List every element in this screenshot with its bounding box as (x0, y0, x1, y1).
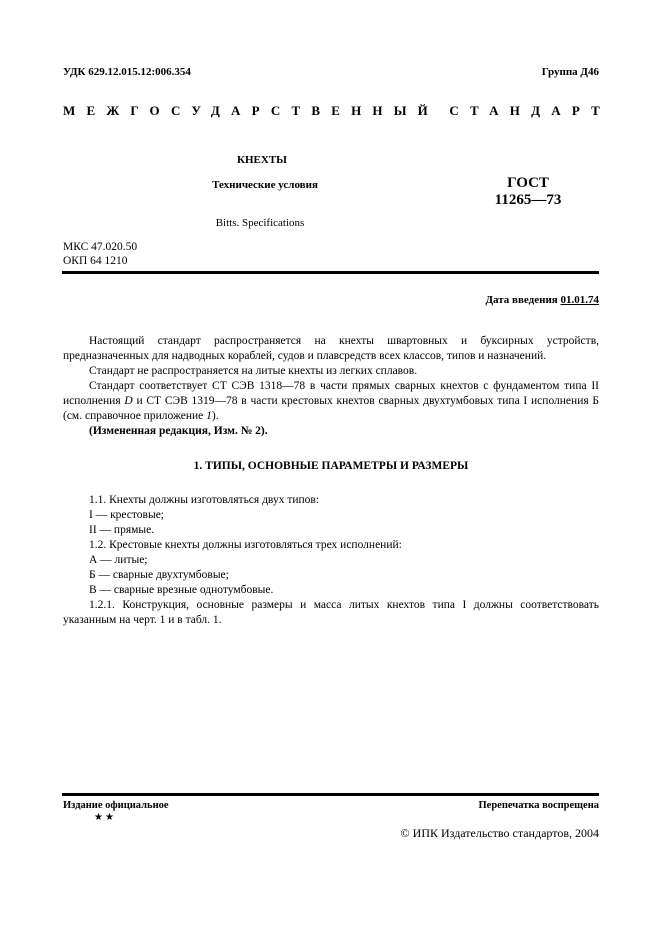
bottom-divider (62, 793, 599, 796)
clause-line: 1.2. Крестовые кнехты должны изготовлять… (63, 538, 599, 553)
clause-line: А — литые; (63, 553, 599, 568)
date-value: 01.01.74 (561, 294, 600, 306)
top-divider (62, 271, 599, 274)
gost-number: 11265—73 (478, 192, 578, 209)
document-title: КНЕХТЫ (222, 154, 302, 166)
reprint-prohibited: Перепечатка воспрещена (479, 800, 599, 811)
standard-heading: СТАНДАРТ (449, 103, 611, 119)
amendment-note: (Измененная редакция, Изм. № 2). (63, 424, 599, 439)
star-icon: ★★ (94, 812, 116, 823)
document-body: Настоящий стандарт распространяется на к… (63, 334, 599, 628)
group-code: Группа Д46 (542, 66, 599, 78)
compliance-text-b: и СТ СЭВ 1319—78 в части крестовых кнехт… (63, 395, 599, 422)
gost-label: ГОСТ (478, 175, 578, 192)
clause-line: I — крестовые; (63, 508, 599, 523)
date-label: Дата введения (485, 294, 557, 306)
introduction-date: Дата введения 01.01.74 (485, 294, 599, 306)
official-edition: Издание официальное (63, 800, 169, 811)
clause-line: В — сварные врезные однотумбовые. (63, 583, 599, 598)
interstate-heading: МЕЖГОСУДАРСТВЕННЫЙ (63, 103, 439, 119)
english-title: Bitts. Specifications (170, 217, 350, 229)
okp-code: ОКП 64 1210 (63, 254, 137, 268)
classification-codes: МКС 47.020.50 ОКП 64 1210 (63, 240, 137, 268)
compliance-variant-d: D (124, 395, 132, 407)
udk-code: УДК 629.12.015.12:006.354 (63, 66, 191, 78)
clause-1-2-1: 1.2.1. Конструкция, основные размеры и м… (63, 598, 599, 628)
gost-designation: ГОСТ 11265—73 (478, 175, 578, 209)
clause-line: 1.1. Кнехты должны изготовляться двух ти… (63, 493, 599, 508)
clause-line: II — прямые. (63, 523, 599, 538)
compliance-text-c: ). (212, 410, 219, 422)
clause-line: Б — сварные двухтумбовые; (63, 568, 599, 583)
paragraph-exclusion: Стандарт не распространяется на литые кн… (63, 364, 599, 379)
paragraph-scope: Настоящий стандарт распространяется на к… (63, 334, 599, 364)
document-subtitle: Технические условия (180, 179, 350, 191)
section-title: 1. ТИПЫ, ОСНОВНЫЕ ПАРАМЕТРЫ И РАЗМЕРЫ (63, 459, 599, 474)
copyright: © ИПК Издательство стандартов, 2004 (401, 826, 599, 841)
paragraph-compliance: Стандарт соответствует СТ СЭВ 1318—78 в … (63, 379, 599, 424)
mks-code: МКС 47.020.50 (63, 240, 137, 254)
